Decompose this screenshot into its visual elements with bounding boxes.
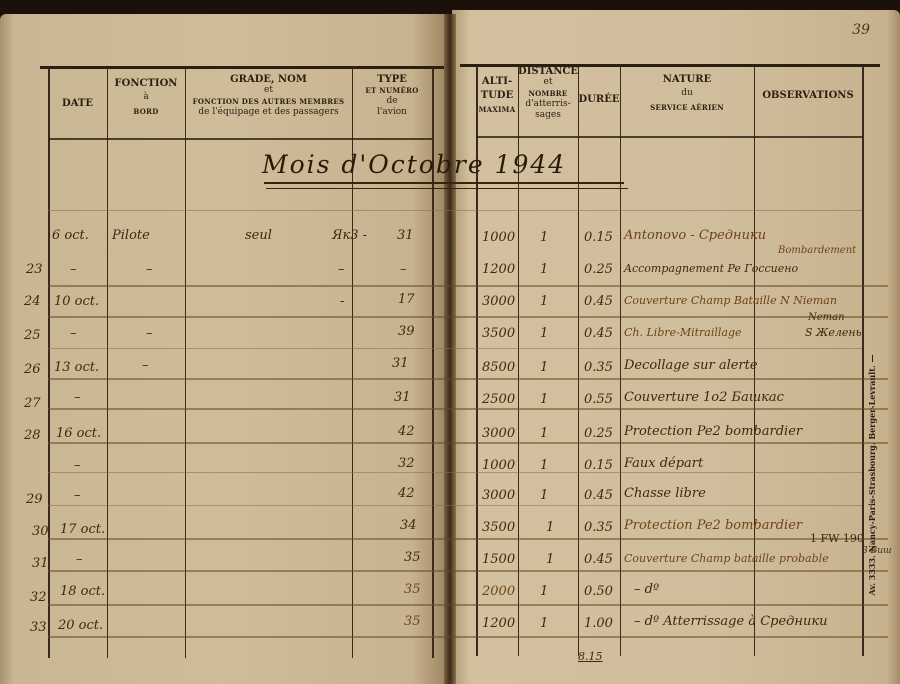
row-duree: 0.45 [584, 326, 613, 341]
row-nature: Protection Pe2 bombardier [624, 518, 802, 533]
row-number: 33 [30, 620, 47, 635]
row-number: 25 [24, 328, 41, 343]
row-date: – [74, 458, 81, 473]
header-underline [476, 136, 862, 138]
title-underline [266, 188, 628, 189]
row-nature: – dº Atterrissage à Средники [634, 614, 827, 629]
row-duree: 0.25 [584, 426, 613, 441]
row-nature: Faux départ [624, 456, 703, 471]
row-date: 17 oct. [60, 522, 105, 537]
header-date: DATE [48, 98, 107, 109]
row-observations: S Желень [805, 326, 862, 339]
row-altitude: 1000 [482, 230, 515, 245]
total-duree: 8.15 [578, 650, 603, 663]
row-altitude: 3500 [482, 326, 515, 341]
row-number: 23 [26, 262, 43, 277]
row-distance: 1 [546, 520, 554, 535]
row-nature: – dº [634, 582, 659, 597]
row-type: 31 [394, 390, 411, 405]
row-fonction: – [142, 358, 149, 373]
row-date: 18 oct. [60, 584, 105, 599]
row-type: 42 [398, 424, 415, 439]
row-type: 31 [392, 356, 409, 371]
col-divider [620, 66, 621, 656]
row-type-prefix: Як3 - [332, 228, 367, 243]
header-distance: DISTANCE et NOMBRE d'atterris- sages [518, 66, 578, 121]
row-duree: 0.35 [584, 520, 613, 535]
row-distance: 1 [540, 458, 548, 473]
row-nature: Protection Pe2 bombardier [624, 424, 802, 439]
row-nature: Antonovo - Средники [624, 228, 766, 243]
row-grade: seul [245, 228, 272, 243]
month-title: Mois d'Octobre 1944 [262, 150, 566, 179]
header-observations: OBSERVATIONS [754, 90, 862, 101]
row-date: 20 oct. [58, 618, 103, 633]
book-gutter [444, 14, 456, 684]
row-distance: 1 [540, 360, 548, 375]
row-observations: 1 FW 190 [810, 532, 864, 545]
row-type: 39 [398, 324, 415, 339]
printer-imprint: Av. 3333. Nancy-Paris-Strasbourg. Berger… [860, 320, 884, 640]
row-number: 31 [32, 556, 49, 571]
row-date: 13 oct. [54, 360, 99, 375]
row-duree: 0.45 [584, 488, 613, 503]
row-altitude: 1200 [482, 616, 515, 631]
row-distance: 1 [540, 488, 548, 503]
header-fonction: FONCTION à BORD [107, 78, 185, 117]
row-type: 42 [398, 486, 415, 501]
row-altitude: 2000 [482, 584, 515, 599]
row-date: – [70, 262, 77, 277]
row-grade: - [340, 294, 344, 309]
row-distance: 1 [546, 552, 554, 567]
row-duree: 0.45 [584, 294, 613, 309]
row-number: 29 [26, 492, 43, 507]
row-type: 32 [398, 456, 415, 471]
row-altitude: 3500 [482, 520, 515, 535]
row-nature: Decollage sur alerte [624, 358, 758, 373]
row-number: 27 [24, 396, 41, 411]
row-date: 6 oct. [52, 228, 89, 243]
row-date: – [74, 488, 81, 503]
title-underline [264, 182, 624, 184]
row-duree: 0.15 [584, 458, 613, 473]
row-number: 30 [32, 524, 49, 539]
row-date: – [74, 390, 81, 405]
row-type: 31 [397, 228, 414, 243]
row-duree: 0.15 [584, 230, 613, 245]
row-type: 34 [400, 518, 417, 533]
row-distance: 1 [540, 584, 548, 599]
row-grade: – [338, 262, 345, 277]
row-number: 28 [24, 428, 41, 443]
row-duree: 0.25 [584, 262, 613, 277]
row-type: – [400, 262, 407, 277]
page-number: 39 [852, 22, 870, 38]
header-underline [48, 138, 432, 140]
row-duree: 0.45 [584, 552, 613, 567]
row-nature: Ch. Libre-Mitraillage [624, 326, 742, 339]
row-observations: Neman [808, 312, 845, 323]
row-distance: 1 [540, 616, 548, 631]
row-type: 35 [404, 614, 421, 629]
row-date: – [70, 326, 77, 341]
header-nature: NATURE du SERVICE AÉRIEN [620, 74, 754, 113]
row-date: 10 oct. [54, 294, 99, 309]
row-date: – [76, 552, 83, 567]
row-nature: Couverture Champ bataille probable [624, 552, 829, 565]
row-observations: Bombardement [778, 245, 856, 256]
row-number: 32 [30, 590, 47, 605]
row-altitude: 3000 [482, 426, 515, 441]
header-duree: DURÉE [578, 94, 620, 105]
header-type-avion: TYPE ET NUMÉRO de l'avion [352, 74, 432, 118]
row-duree: 0.35 [584, 360, 613, 375]
row-fonction: – [146, 326, 153, 341]
row-fonction: Pilote [112, 228, 150, 243]
row-fonction: – [146, 262, 153, 277]
row-date: 16 oct. [56, 426, 101, 441]
row-distance: 1 [540, 230, 548, 245]
row-nature: Couverture Champ Bataille N Nieman [624, 294, 837, 307]
row-nature: Couverture 1o2 Башкас [624, 390, 784, 405]
table-top-border-left [40, 66, 444, 69]
header-altitude: ALTI- TUDE MAXIMA [476, 76, 518, 115]
row-altitude: 3000 [482, 488, 515, 503]
row-distance: 1 [540, 392, 548, 407]
row-distance: 1 [540, 294, 548, 309]
header-grade-nom: GRADE, NOM et FONCTION DES AUTRES MEMBRE… [185, 74, 352, 118]
row-altitude: 8500 [482, 360, 515, 375]
row-number: 24 [24, 294, 41, 309]
row-distance: 1 [540, 262, 548, 277]
row-altitude: 1000 [482, 458, 515, 473]
row-duree: 0.55 [584, 392, 613, 407]
row-distance: 1 [540, 326, 548, 341]
row-type: 35 [404, 550, 421, 565]
row-nature: Accompagnement Pe Гоccиено [624, 262, 798, 275]
row-nature: Chasse libre [624, 486, 706, 501]
row-distance: 1 [540, 426, 548, 441]
row-duree: 1.00 [584, 616, 613, 631]
row-type: 35 [404, 582, 421, 597]
row-type: 17 [398, 292, 415, 307]
row-altitude: 1200 [482, 262, 515, 277]
row-altitude: 1500 [482, 552, 515, 567]
row-number: 26 [24, 362, 41, 377]
row-altitude: 3000 [482, 294, 515, 309]
row-altitude: 2500 [482, 392, 515, 407]
row-duree: 0.50 [584, 584, 613, 599]
col-divider [578, 66, 579, 656]
